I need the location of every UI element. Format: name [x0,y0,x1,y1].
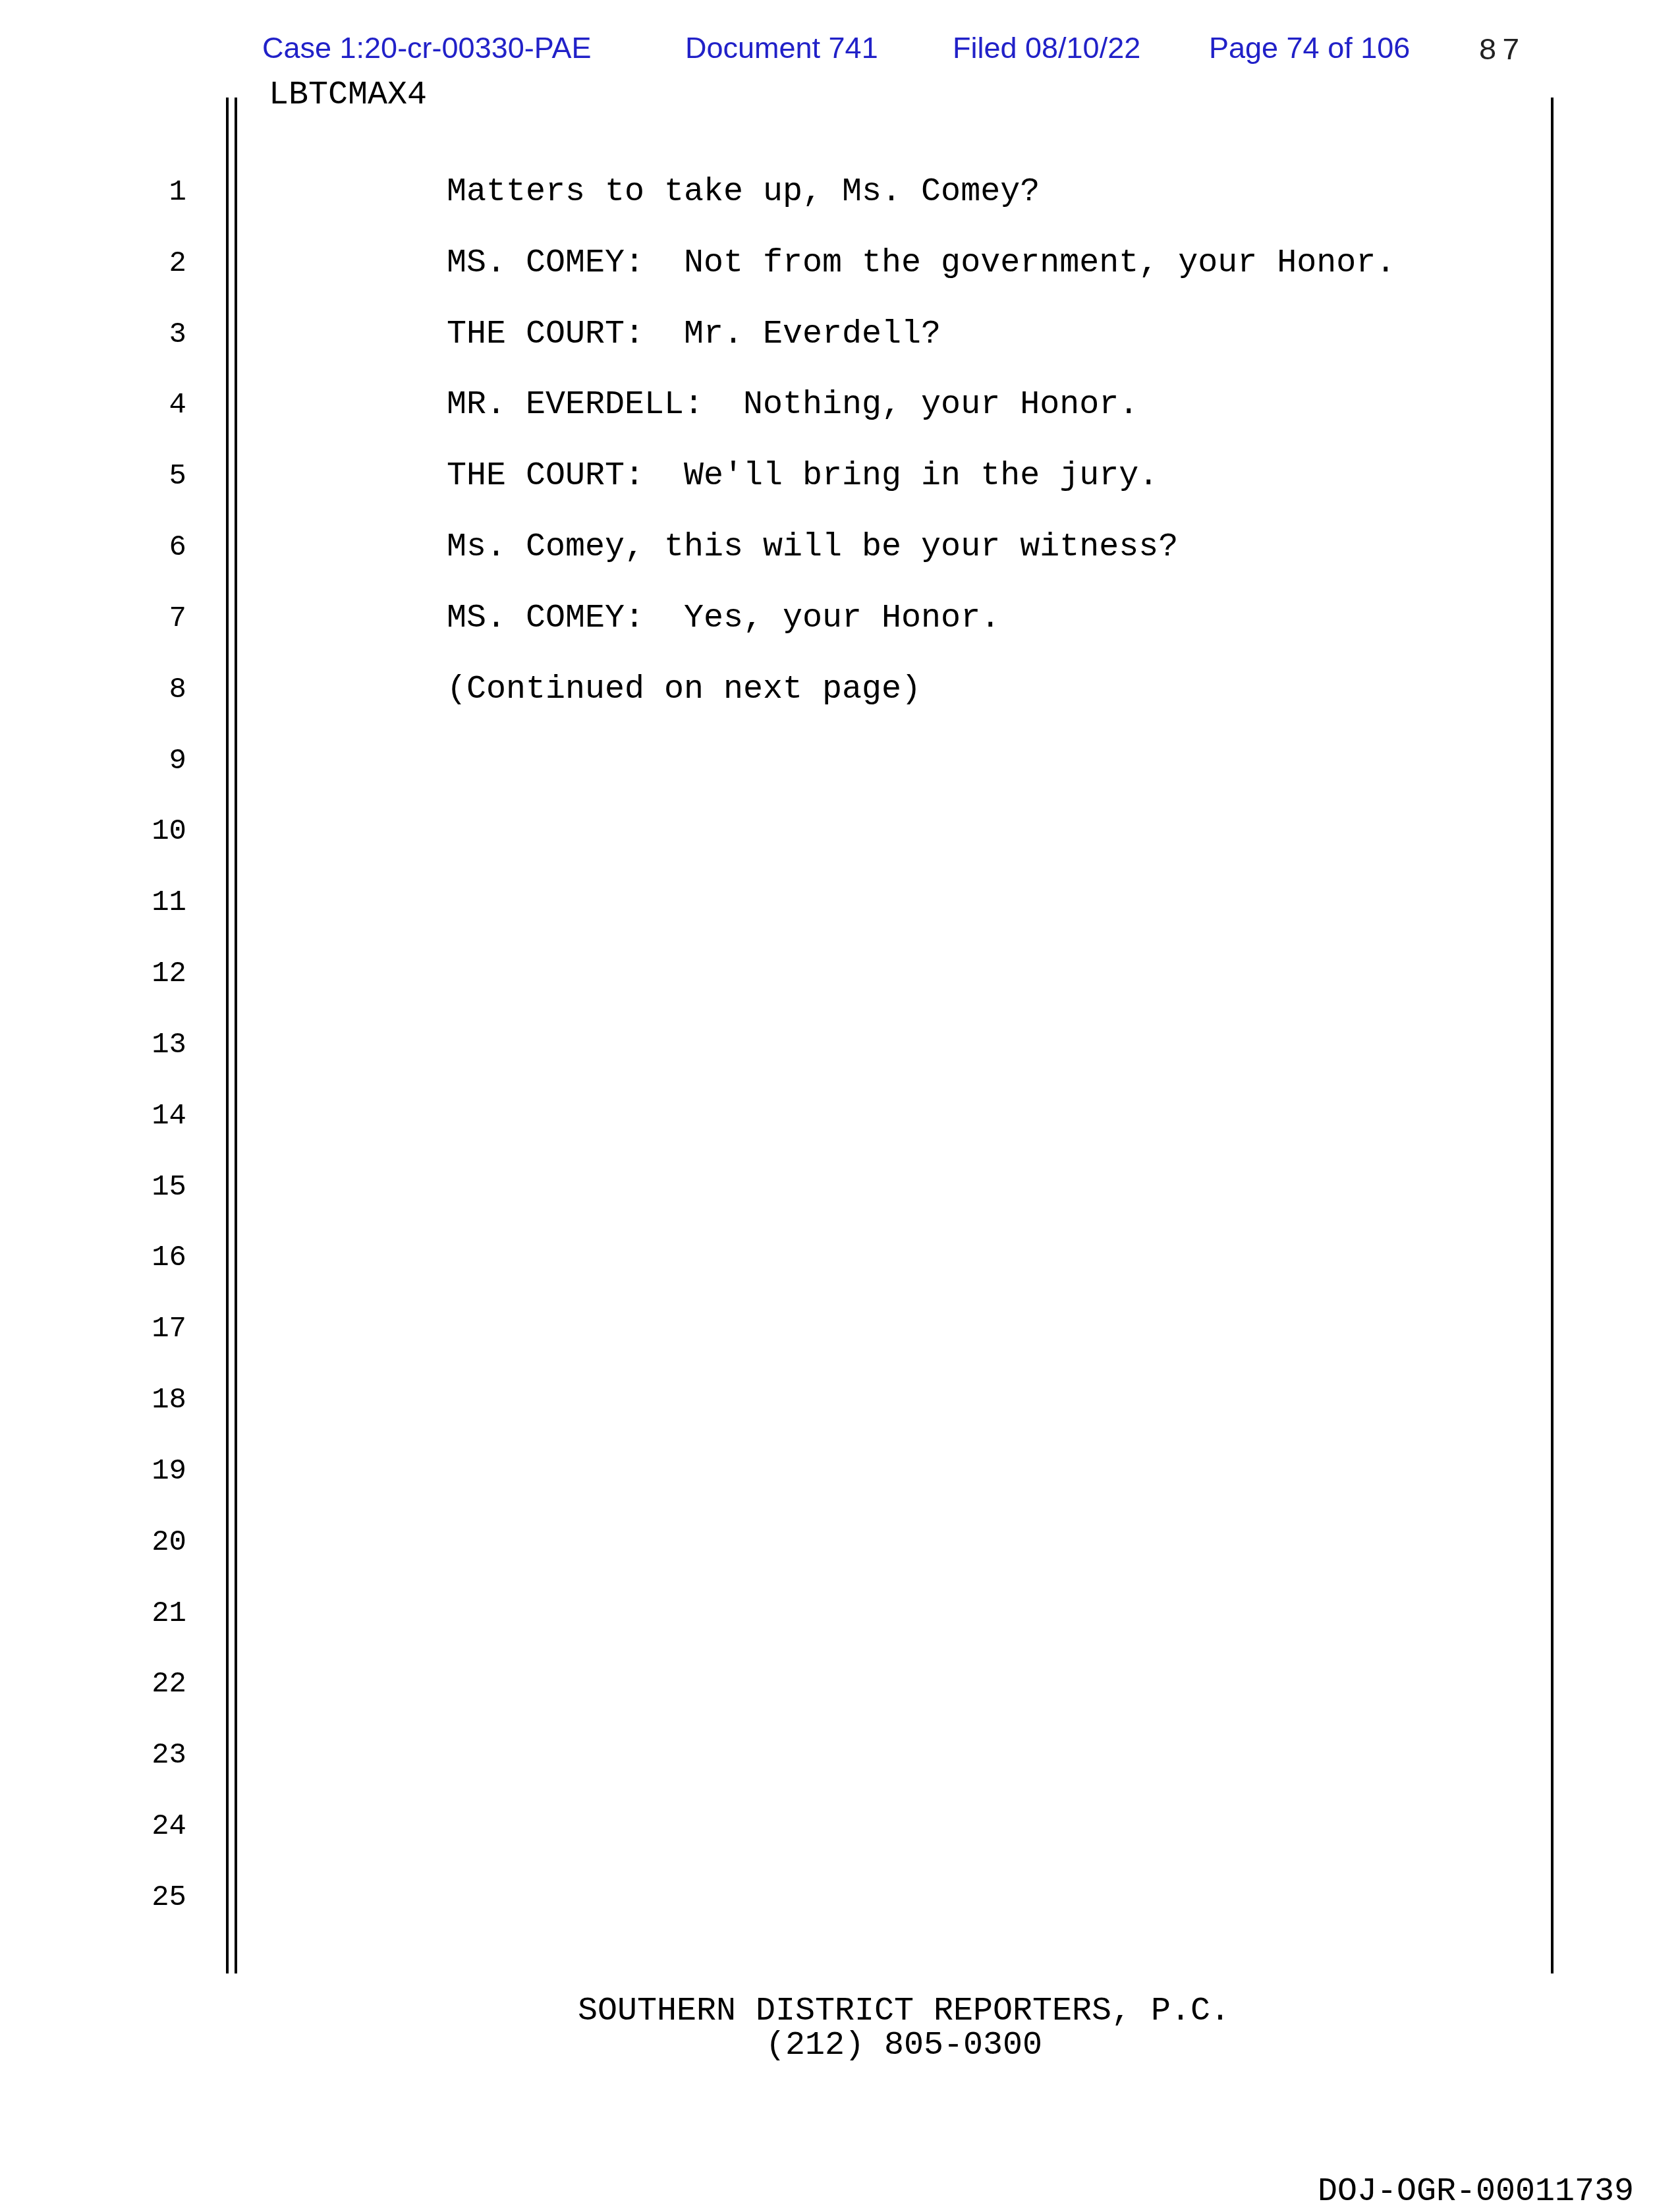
case-number-stamp: Case 1:20-cr-00330-PAE [262,33,591,63]
line-number: 1 [81,176,186,209]
line-number: 12 [81,957,186,990]
transcript-line: Matters to take up, Ms. Comey? [447,176,1040,209]
line-number: 20 [81,1526,186,1559]
bates-number: DOJ-OGR-00011739 [1318,2176,1634,2209]
line-number: 5 [81,460,186,493]
line-number: 6 [81,531,186,564]
line-number: 13 [81,1029,186,1062]
transcript-line: THE COURT: Mr. Everdell? [447,318,941,351]
line-number: 17 [81,1313,186,1346]
line-number: 15 [81,1171,186,1204]
document-number-stamp: Document 741 [685,33,878,63]
line-number: 18 [81,1384,186,1417]
line-number: 14 [81,1100,186,1133]
line-number: 24 [81,1810,186,1843]
reporter-phone: (212) 805-0300 [766,2027,1042,2064]
line-number: 11 [81,886,186,919]
line-number: 22 [81,1668,186,1701]
line-number: 16 [81,1241,186,1274]
transcript-line: MR. EVERDELL: Nothing, your Honor. [447,389,1138,422]
line-number: 3 [81,318,186,351]
transcript-line: MS. COMEY: Yes, your Honor. [447,602,1000,635]
transcript-line: Ms. Comey, this will be your witness? [447,531,1178,564]
left-rule-outer [226,98,229,1973]
filed-date-stamp: Filed 08/10/22 [953,33,1140,63]
line-number: 8 [81,673,186,706]
right-rule [1551,98,1554,1973]
page-count-stamp: Page 74 of 106 [1209,33,1410,63]
line-number: 10 [81,815,186,848]
line-number: 21 [81,1597,186,1630]
line-number: 25 [81,1881,186,1914]
transcript-line: MS. COMEY: Not from the government, your… [447,247,1395,280]
reporter-name: SOUTHERN DISTRICT REPORTERS, P.C. [578,1993,1230,2030]
left-rule-inner [235,98,237,1973]
transcript-line: THE COURT: We'll bring in the jury. [447,460,1158,493]
line-number: 19 [81,1455,186,1488]
line-number: 9 [81,745,186,778]
transcript-page-number: 87 [1478,36,1525,67]
line-number: 2 [81,247,186,280]
line-number: 23 [81,1739,186,1772]
transcript-page: Case 1:20-cr-00330-PAE Document 741 File… [0,0,1680,2212]
reporter-footer: SOUTHERN DISTRICT REPORTERS, P.C. (212) … [578,1995,1230,2063]
session-code: LBTCMAX4 [269,79,427,112]
line-number: 7 [81,602,186,635]
line-number: 4 [81,389,186,422]
transcript-line: (Continued on next page) [447,673,921,706]
